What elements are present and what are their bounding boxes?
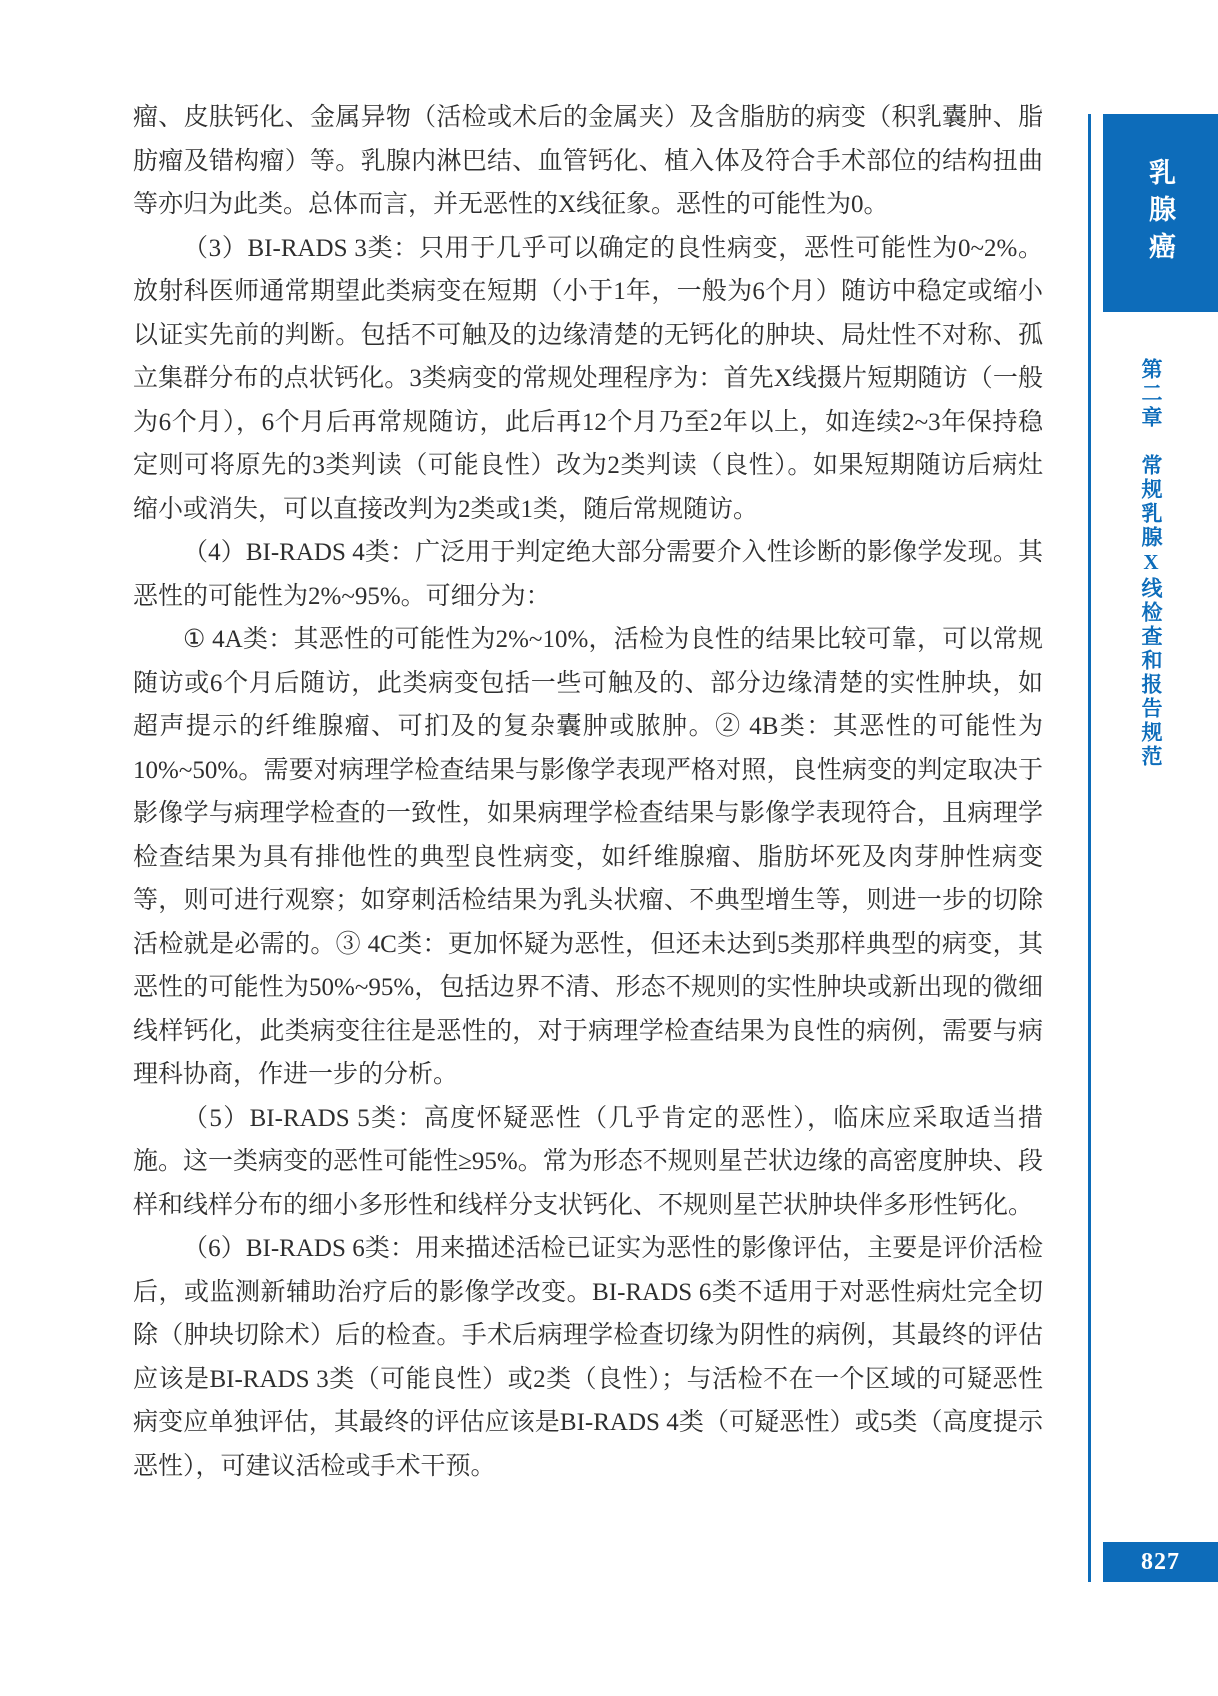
paragraph: （3）BI-RADS 3类：只用于几乎可以确定的良性病变，恶性可能性为0~2%。… <box>133 227 1043 532</box>
chapter-heading: 第二章常规乳腺X线检查和报告规范 <box>1128 358 1174 769</box>
paragraph: （4）BI-RADS 4类：广泛用于判定绝大部分需要介入性诊断的影像学发现。其恶… <box>133 531 1043 618</box>
paragraph: ① 4A类：其恶性的可能性为2%~10%，活检为良性的结果比较可靠，可以常规随访… <box>133 618 1043 1097</box>
body-text: 瘤、皮肤钙化、金属异物（活检或术后的金属夹）及含脂肪的病变（积乳囊肿、脂肪瘤及错… <box>133 96 1043 1488</box>
book-page: 瘤、皮肤钙化、金属异物（活检或术后的金属夹）及含脂肪的病变（积乳囊肿、脂肪瘤及错… <box>0 0 1218 1696</box>
chapter-title: 常规乳腺X线检查和报告规范 <box>1139 454 1163 769</box>
paragraph: 瘤、皮肤钙化、金属异物（活检或术后的金属夹）及含脂肪的病变（积乳囊肿、脂肪瘤及错… <box>133 96 1043 227</box>
section-tab-label: 乳腺癌 <box>1141 158 1180 269</box>
sidebar-rule <box>1088 114 1091 1582</box>
page-number-box: 827 <box>1103 1542 1218 1582</box>
page-number: 827 <box>1141 1549 1180 1576</box>
chapter-number: 第二章 <box>1139 358 1163 430</box>
section-tab: 乳腺癌 <box>1103 114 1218 312</box>
paragraph: （6）BI-RADS 6类：用来描述活检已证实为恶性的影像评估，主要是评价活检后… <box>133 1227 1043 1488</box>
paragraph: （5）BI-RADS 5类：高度怀疑恶性（几乎肯定的恶性），临床应采取适当措施。… <box>133 1097 1043 1228</box>
